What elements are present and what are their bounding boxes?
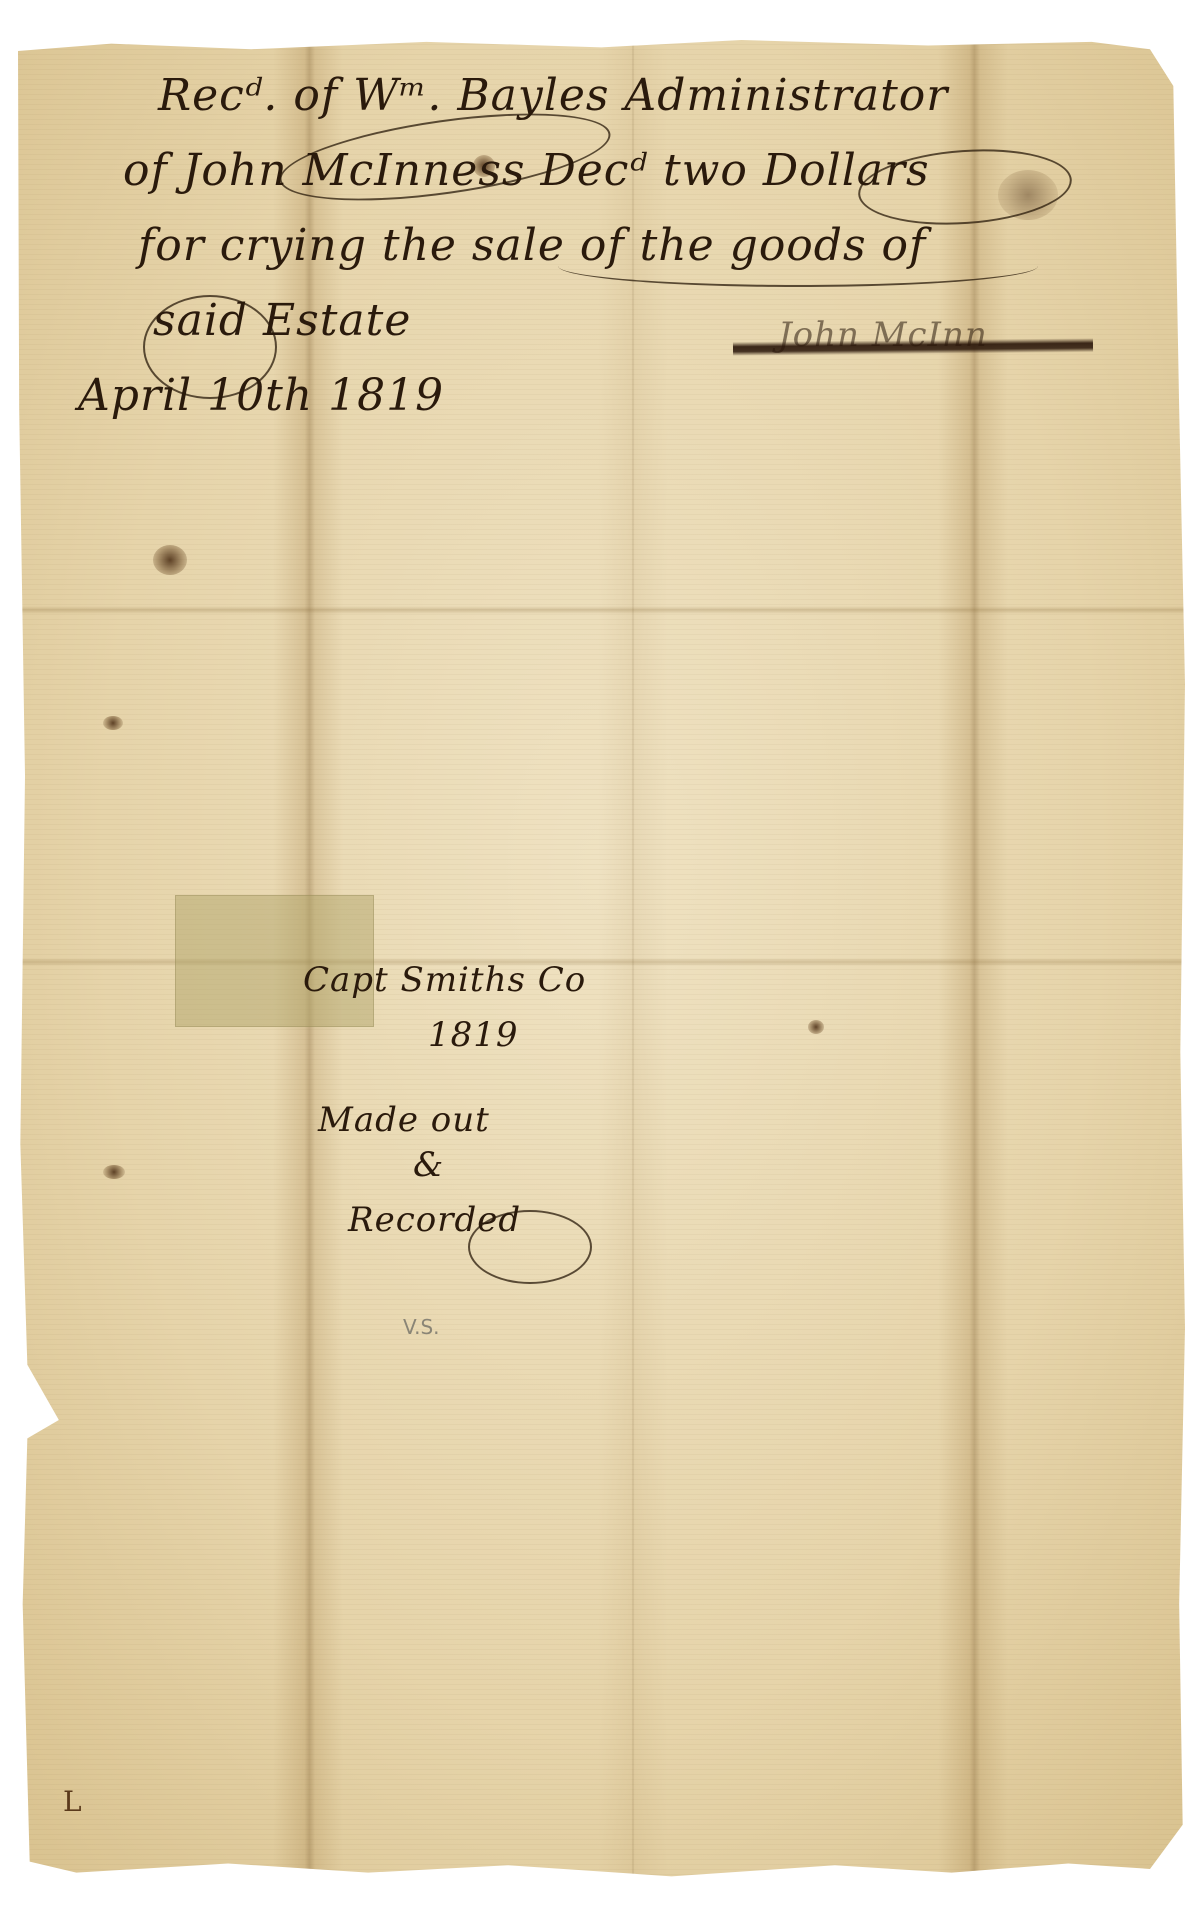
pencil-note: V.S.: [403, 1315, 440, 1339]
manuscript-paper: Recᵈ. of Wᵐ. Bayles Administrator of Joh…: [18, 40, 1185, 1880]
strikethrough-mark: [733, 338, 1093, 356]
flourish-underline: [558, 245, 1038, 287]
fold-line-horizontal-1: [18, 606, 1185, 614]
docket-line-3: Made out: [318, 1100, 490, 1140]
docket-line-2: 1819: [428, 1015, 519, 1055]
signature-flourish: [143, 295, 277, 399]
ink-stain: [808, 1020, 824, 1034]
ink-stain: [103, 1165, 125, 1179]
ink-stain: [153, 545, 187, 575]
margin-mark: L: [63, 1785, 83, 1818]
recorded-flourish: [468, 1210, 592, 1284]
docket-line-4: &: [413, 1145, 444, 1185]
ink-stain: [103, 716, 123, 730]
docket-line-1: Capt Smiths Co: [303, 960, 586, 1000]
